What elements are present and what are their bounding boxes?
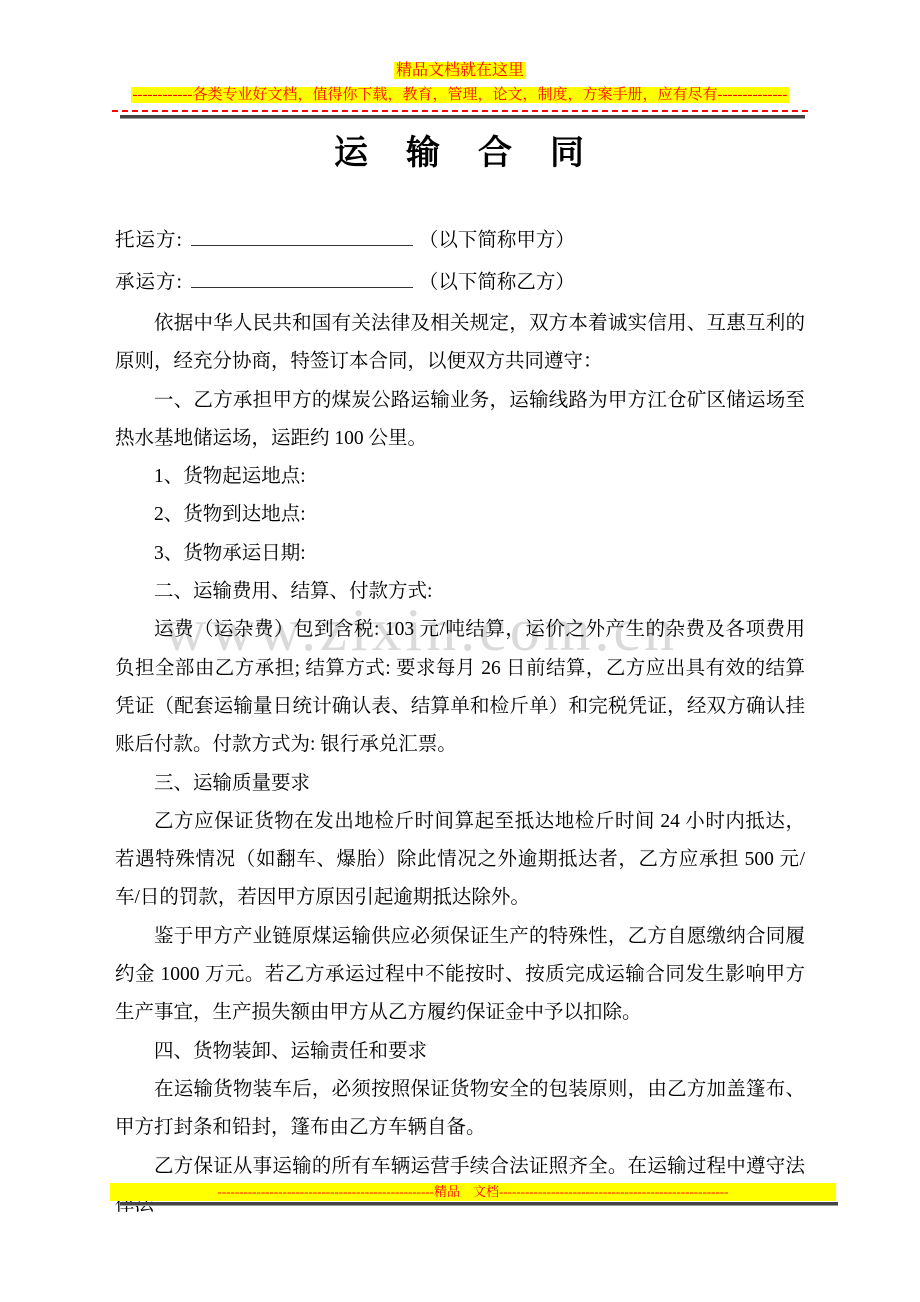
paragraph-item-2: 2、货物到达地点: bbox=[115, 496, 805, 534]
red-dashed-divider bbox=[112, 110, 808, 112]
promo-header: 精品文档就在这里 ------------各类专业好文档，值得你下载，教育，管理… bbox=[0, 60, 920, 119]
paragraph-clause-2-heading: 二、运输费用、结算、付款方式: bbox=[115, 573, 805, 611]
paragraph-clause-1: 一、乙方承担甲方的煤炭公路运输业务，运输线路为甲方江仓矿区储运场至热水基地储运场… bbox=[115, 382, 805, 459]
shipper-label: 托运方: bbox=[115, 230, 183, 251]
paragraph-item-1: 1、货物起运地点: bbox=[115, 458, 805, 496]
shipper-note: （以下简称甲方） bbox=[419, 230, 575, 251]
paragraph-clause-4-body-1: 在运输货物装车后，必须按照保证货物安全的包装原则，由乙方加盖篷布、甲方打封条和铅… bbox=[115, 1071, 805, 1148]
document-page: www.zixin.com.cn 精品文档就在这里 ------------各类… bbox=[0, 0, 920, 1302]
promo-line-2: ------------各类专业好文档，值得你下载，教育，管理，论文，制度，方案… bbox=[0, 85, 920, 105]
parties-section: 托运方:（以下简称甲方） 承运方:（以下简称乙方） bbox=[115, 220, 805, 304]
carrier-row: 承运方:（以下简称乙方） bbox=[115, 262, 805, 304]
paragraph-clause-4-heading: 四、货物装卸、运输责任和要求 bbox=[115, 1033, 805, 1071]
paragraph-clause-3-body-2: 鉴于甲方产业链原煤运输供应必须保证生产的特殊性，乙方自愿缴纳合同履约金 1000… bbox=[115, 918, 805, 1033]
shipper-row: 托运方:（以下简称甲方） bbox=[115, 220, 805, 262]
carrier-note: （以下简称乙方） bbox=[419, 272, 575, 293]
carrier-blank-line bbox=[191, 267, 413, 288]
promo-line-1-text: 精品文档就在这里 bbox=[394, 62, 526, 79]
contract-body: 依据中华人民共和国有关法律及相关规定，双方本着诚实信用、互惠互利的原则，经充分协… bbox=[115, 305, 805, 1224]
document-content: 运 输 合 同 托运方:（以下简称甲方） 承运方:（以下简称乙方） 依据中华人民… bbox=[0, 130, 920, 1224]
shipper-blank-line bbox=[191, 225, 413, 246]
paragraph-item-3: 3、货物承运日期: bbox=[115, 535, 805, 573]
paragraph-clause-3-body-1: 乙方应保证货物在发出地检斤时间算起至抵达地检斤时间 24 小时内抵达，若遇特殊情… bbox=[115, 803, 805, 918]
footer-banner: ----------------------------------------… bbox=[110, 1183, 836, 1201]
paragraph-preamble: 依据中华人民共和国有关法律及相关规定，双方本着诚实信用、互惠互利的原则，经充分协… bbox=[115, 305, 805, 382]
promo-line-2-text: ------------各类专业好文档，值得你下载，教育，管理，论文，制度，方案… bbox=[131, 87, 790, 103]
footer-rule bbox=[120, 1202, 838, 1206]
carrier-label: 承运方: bbox=[115, 272, 183, 293]
paragraph-clause-3-heading: 三、运输质量要求 bbox=[115, 765, 805, 803]
header-rule bbox=[120, 115, 805, 119]
document-title: 运 输 合 同 bbox=[115, 130, 805, 178]
promo-line-1: 精品文档就在这里 bbox=[0, 60, 920, 82]
paragraph-clause-2-body: 运费（运杂费）包到含税: 103 元/吨结算，运价之外产生的杂费及各项费用负担全… bbox=[115, 611, 805, 764]
